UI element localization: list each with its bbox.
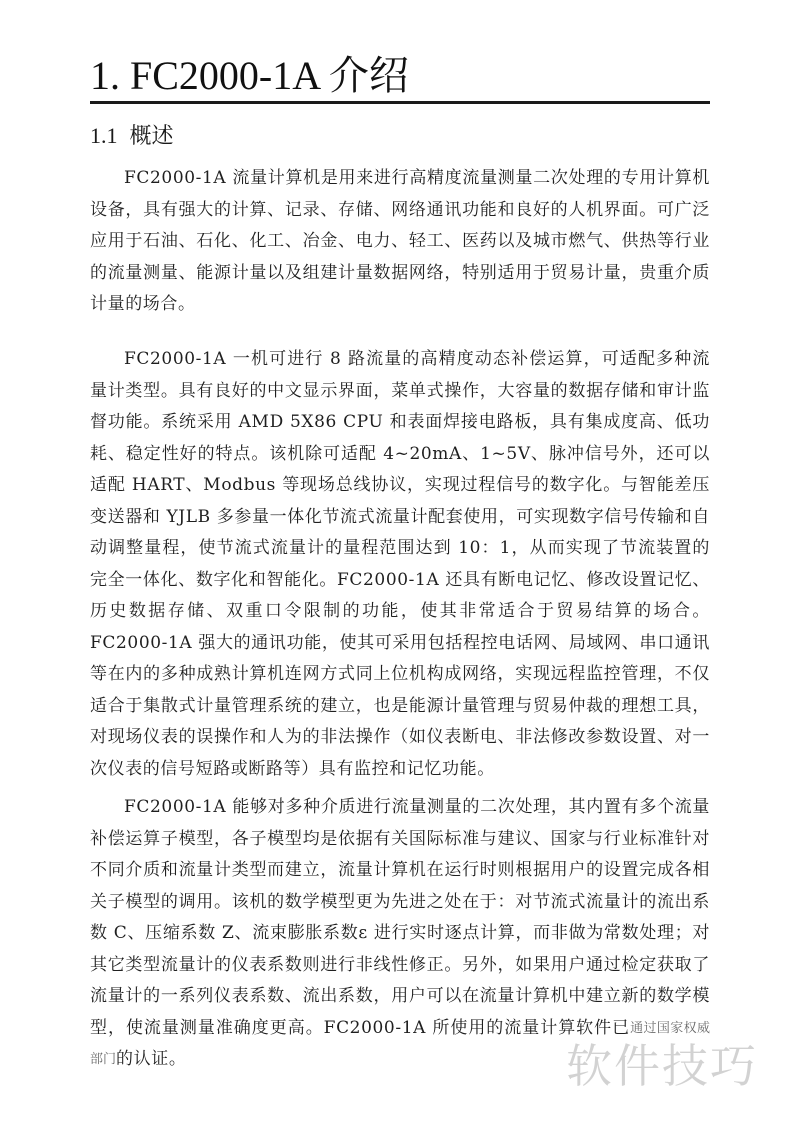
paragraph-overview: FC2000-1A 流量计算机是用来进行高精度流量测量二次处理的专用计算机设备，… — [90, 163, 710, 321]
paragraph-models-text: FC2000-1A 能够对多种介质进行流量测量的二次处理，其内置有多个流量补偿运… — [90, 797, 710, 1038]
chapter-title: 1. FC2000-1A 介绍 — [90, 52, 710, 100]
section-heading: 1.1概述 — [90, 121, 174, 151]
watermark-text: 软件技巧 — [566, 1038, 758, 1094]
paragraph-models: FC2000-1A 能够对多种介质进行流量测量的二次处理，其内置有多个流量补偿运… — [90, 792, 710, 1076]
title-underline — [90, 101, 710, 104]
paragraph-features: FC2000-1A 一机可进行 8 路流量的高精度动态补偿运算，可适配多种流量计… — [90, 344, 710, 785]
paragraph-models-tail: 的认证。 — [116, 1049, 186, 1069]
section-heading-text: 概述 — [130, 123, 174, 148]
section-number: 1.1 — [90, 123, 118, 148]
